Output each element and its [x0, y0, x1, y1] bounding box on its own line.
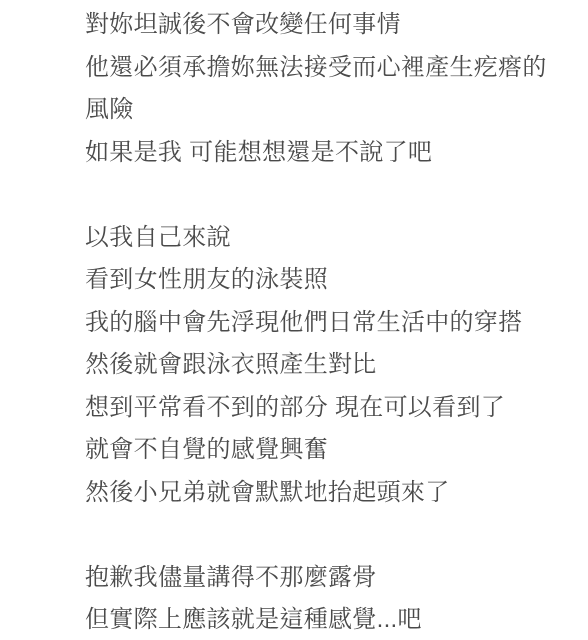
text-line: 風險	[85, 89, 568, 132]
text-line: 然後就會跟泳衣照產生對比	[85, 344, 568, 387]
text-line: 就會不自覺的感覺興奮	[85, 429, 568, 472]
paragraph: 以我自己來說 看到女性朋友的泳裝照 我的腦中會先浮現他們日常生活中的穿搭 然後就…	[85, 217, 568, 515]
text-line: 然後小兄弟就會默默地抬起頭來了	[85, 472, 568, 515]
text-line: 我的腦中會先浮現他們日常生活中的穿搭	[85, 302, 568, 345]
text-line: 但實際上應該就是這種感覺...吧	[85, 599, 568, 640]
text-line: 以我自己來說	[85, 217, 568, 260]
paragraph: 抱歉我儘量講得不那麼露骨 但實際上應該就是這種感覺...吧	[85, 557, 568, 640]
text-line: 對妳坦誠後不會改變任何事情	[85, 4, 568, 47]
text-content: 對妳坦誠後不會改變任何事情 他還必須承擔妳無法接受而心裡產生疙瘩的 風險 如果是…	[0, 0, 588, 640]
text-line: 抱歉我儘量講得不那麼露骨	[85, 557, 568, 600]
text-line: 看到女性朋友的泳裝照	[85, 259, 568, 302]
page: { "page": { "background_color": "#ffffff…	[0, 0, 588, 640]
paragraph: 對妳坦誠後不會改變任何事情 他還必須承擔妳無法接受而心裡產生疙瘩的 風險 如果是…	[85, 4, 568, 174]
text-line: 如果是我 可能想想還是不說了吧	[85, 132, 568, 175]
text-line: 他還必須承擔妳無法接受而心裡產生疙瘩的	[85, 47, 568, 90]
text-line: 想到平常看不到的部分 現在可以看到了	[85, 387, 568, 430]
